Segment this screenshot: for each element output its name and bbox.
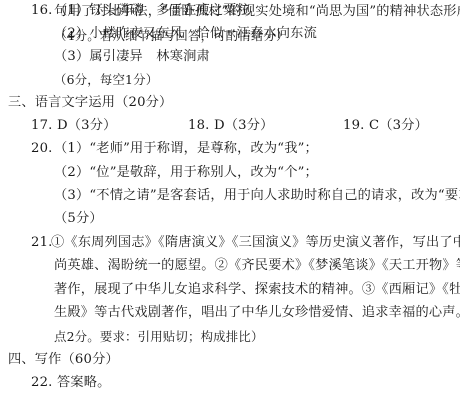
q16-scoring-note: （6分，每空1分） xyxy=(54,72,158,88)
q21-number: 21. xyxy=(31,235,53,251)
q17-answer: 17. D（3分） xyxy=(31,118,117,134)
q22-answer: 22. 答案略。 xyxy=(31,375,111,391)
q21-line-1: ①《东周列国志》《隋唐演义》《三国演义》等历史演义著作，写出了中华儿女崇 xyxy=(51,235,460,251)
q21-line-3: 著作，展现了中华儿女追求科学、探索技术的精神。③《西厢记》《牡丹亭》《长 xyxy=(54,282,460,298)
q19-answer: 19. C（3分） xyxy=(343,118,428,134)
q20-item-2: （2）“位”是敬辞，用于称别人，改为“个”； xyxy=(54,165,318,181)
q21-line-4: 生殿》等古代戏剧著作，唱出了中华儿女珍惜爱情、追求幸福的心声。（6分，每 xyxy=(54,305,460,321)
q16-item-2: （2）小楼昨夜又东风 恰似一江春水向东流 xyxy=(54,26,317,42)
q21-line-2: 尚英雄、渴盼统一的愿望。②《齐民要术》《梦溪笔谈》《天工开物》等古代科技 xyxy=(54,258,460,274)
q20-item-3: （3）“不情之请”是客套话，用于向人求助时称自己的请求，改为“要求”。 xyxy=(54,188,460,204)
q20-number: 20. xyxy=(31,141,53,157)
q21-scoring-note: 点2分。要求：引用贴切；构成排比） xyxy=(54,329,264,345)
section-3-title: 三、语言文字运用（20分） xyxy=(8,95,172,111)
section-4-title: 四、写作（60分） xyxy=(8,352,119,368)
q16-number: 16. xyxy=(31,3,53,19)
q20-scoring-note: （5分） xyxy=(54,211,103,227)
q20-item-1: （1）“老师”用于称谓，是尊称，改为“我”； xyxy=(54,141,318,157)
q18-answer: 18. D（3分） xyxy=(188,118,274,134)
q16-item-1: （1）钉头磷磷 多于在庾之粟粒 xyxy=(54,3,250,19)
q16-item-3: （3）属引凄异 林寒涧肃 xyxy=(54,49,210,65)
